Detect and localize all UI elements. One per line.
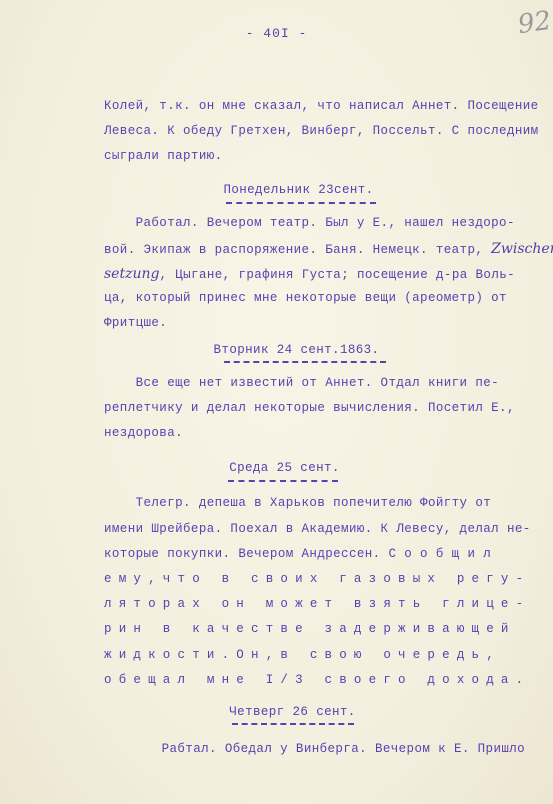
text-line: Колей, т.к. он мне сказал, что написал А… [104, 99, 539, 113]
text-line: рин в качестве задерживающей [104, 622, 516, 636]
text-line: реплетчику и делал некоторые вычисления.… [104, 401, 515, 415]
text-line: имени Шрейбера. Поехал в Академию. К Лев… [104, 522, 531, 536]
entry-heading: Понедельник 23сент. [22, 183, 553, 197]
text-line: setzung, Цыгане, графиня Густа; посещени… [104, 266, 515, 282]
text-line: Все еще нет известий от Аннет. Отдал кни… [104, 376, 499, 390]
document-page: 92 - 40I - Колей, т.к. он мне сказал, чт… [0, 0, 553, 804]
text-line: Левеса. К обеду Гретхен, Винберг, Поссел… [104, 124, 539, 138]
text-line: ему,что в своих газовых регу- [104, 572, 530, 586]
text-line: Телегр. депеша в Харьков попечителю Фойг… [104, 496, 491, 510]
text-line: жидкости.Он,в свою очередь, [104, 648, 501, 662]
heading-underline [232, 723, 354, 725]
text-line: вой. Экипаж в распоряжение. Баня. Немецк… [104, 241, 553, 257]
entry-heading: Среда 25 сент. [8, 461, 553, 475]
page-number: - 40I - [0, 26, 553, 41]
entry-heading: Вторник 24 сент.1863. [20, 343, 553, 357]
text-line: Рабтал. Обедал у Винберга. Вечером к Е. … [130, 742, 525, 756]
text-line: которые покупки. Вечером Андрессен. С о … [104, 547, 491, 561]
text-line: сыграли партию. [104, 149, 223, 163]
handwritten-insert: setzung [104, 266, 159, 282]
text-line: Работал. Вечером театр. Был у Е., нашел … [104, 216, 515, 230]
heading-underline [226, 202, 376, 204]
text-line: нездорова. [104, 426, 183, 440]
heading-underline [228, 480, 338, 482]
text-line: обещал мне I/3 своего дохода. [104, 673, 530, 687]
entry-heading: Четверг 26 сент. [16, 705, 553, 719]
text-line: ляторах он может взять глице- [104, 597, 530, 611]
heading-underline [224, 361, 386, 363]
text-line: ца, который принес мне некоторые вещи (а… [104, 291, 507, 305]
text-line: Фритцше. [104, 316, 167, 330]
handwritten-insert: Zwischen- [491, 241, 553, 257]
